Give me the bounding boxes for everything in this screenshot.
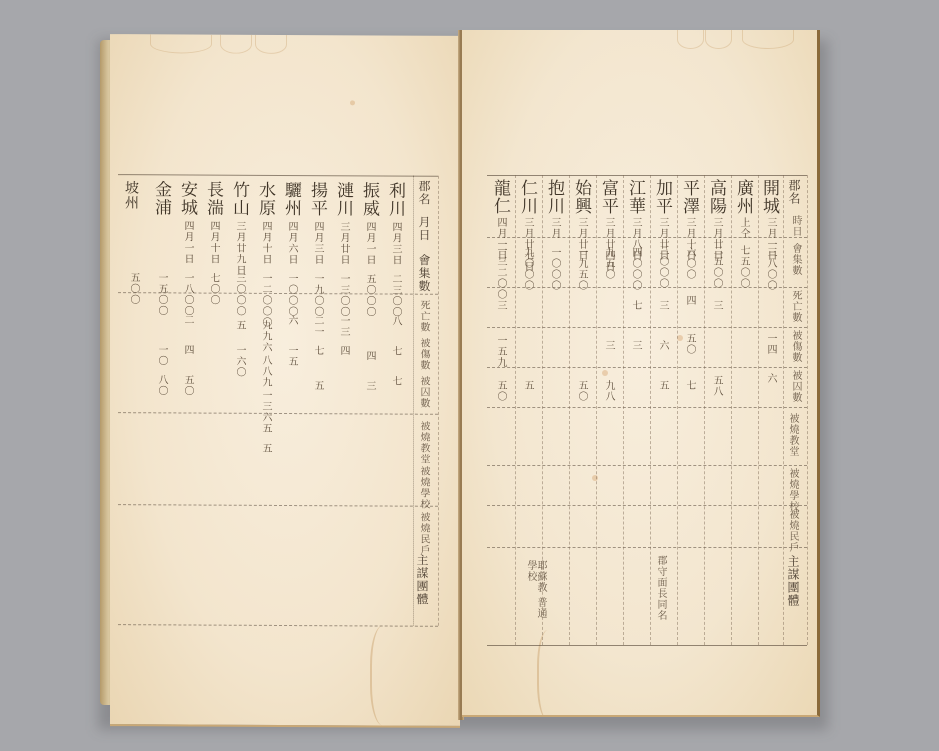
date: 四月六日	[286, 221, 296, 265]
date: 四月十日	[208, 221, 218, 265]
water-stain	[677, 30, 704, 49]
district-name: 振威	[360, 181, 377, 217]
captured-count: 九八	[603, 380, 613, 402]
district-name: 龍仁	[491, 179, 508, 215]
captured-count: 五〇	[182, 374, 192, 396]
water-stain	[370, 625, 402, 725]
date: 四月三日	[312, 221, 322, 265]
assembly-count: 三八〇〇	[765, 247, 775, 291]
dead-count: 三	[657, 300, 667, 311]
assembly-count: 一〇〇〇	[549, 247, 559, 291]
organizer-note: 郡守面長同名	[655, 555, 665, 621]
district-name: 長湍	[204, 181, 221, 217]
wounded-count: 一〇	[156, 344, 166, 366]
water-stain	[150, 34, 212, 53]
district-name: 金浦	[152, 180, 169, 216]
dead-count: 五	[234, 320, 244, 331]
district-name: 坡州	[124, 180, 138, 210]
assembly-count: 六〇〇	[684, 247, 694, 280]
wounded-count: 四	[338, 345, 348, 356]
right-page: 郡名 時日 會集數 死亡數 被傷數 被囚數 被燒教堂 被燒學校 被燒民戶 主謀團…	[462, 30, 820, 717]
header-captured: 被囚數	[790, 370, 800, 403]
header-dead: 死亡數	[418, 300, 428, 333]
assembly-count: 一九〇〇	[312, 273, 322, 317]
dead-count: 七	[630, 300, 640, 311]
dead-count: 九九六	[260, 320, 270, 353]
dead-count: 一三	[338, 315, 348, 337]
header-burned-church: 被燒教堂	[418, 421, 428, 465]
header-dead: 死亡數	[790, 290, 800, 323]
district-name: 高陽	[707, 179, 724, 215]
right-table: 郡名 時日 會集數 死亡數 被傷數 被囚數 被燒教堂 被燒學校 被燒民戶 主謀團…	[487, 175, 807, 645]
captured-count: 五	[657, 380, 667, 391]
captured-count: 一三六五	[260, 390, 270, 434]
captured-count: 八〇	[156, 374, 166, 396]
water-stain	[705, 30, 732, 49]
assembly-count: 一九五〇	[576, 247, 586, 291]
wounded-count: 八八九	[260, 355, 270, 388]
wounded-count: 一五	[286, 345, 296, 367]
captured-count: 五	[522, 380, 532, 391]
captured-count: 七	[684, 380, 694, 391]
organizer-note: 耶蘇教 普通學校	[517, 560, 545, 630]
district-name: 仁川	[518, 179, 535, 215]
district-name: 江華	[626, 179, 643, 215]
dead-count: 三	[711, 300, 721, 311]
wounded-count: 四	[364, 350, 374, 361]
captured-count: 五八	[711, 375, 721, 397]
header-burned-school: 被燒學校	[787, 468, 797, 512]
header-organizing-group: 主謀團體	[416, 554, 428, 606]
header-burned-church: 被燒教堂	[787, 413, 797, 457]
header-date: 時日	[790, 215, 800, 237]
district-name: 加平	[653, 179, 670, 215]
foxing-spot	[350, 100, 355, 105]
district-name: 揚平	[308, 181, 325, 217]
wounded-count: 五〇	[684, 333, 694, 355]
district-name: 開城	[760, 179, 777, 215]
header-assembly: 會集數	[418, 254, 430, 293]
captured-count: 三	[364, 380, 374, 391]
wounded-count: 一六〇	[234, 345, 244, 378]
wounded-count: 三	[603, 340, 613, 351]
water-stain	[220, 35, 252, 54]
assembly-count: 二五〇〇	[711, 245, 721, 289]
district-name: 水原	[256, 181, 273, 217]
assembly-count: 七〇〇	[208, 273, 218, 306]
district-name: 抱川	[545, 179, 562, 215]
district-name: 安城	[178, 180, 195, 216]
date: 四月三日	[390, 222, 400, 266]
wounded-count: 一四	[765, 333, 775, 355]
district-name: 竹山	[230, 181, 247, 217]
dead-count: 四	[684, 295, 694, 306]
district-name: 平澤	[680, 179, 697, 215]
water-stain	[742, 30, 794, 49]
captured-count: 五〇	[576, 380, 586, 402]
captured-count: 七	[390, 376, 400, 387]
open-ledger-book: 郡名 月日 會集數 死亡數 被傷數 被囚數 被燒教堂 被燒學校 被燒民戶 主謀團…	[100, 30, 822, 720]
district-name: 漣川	[334, 181, 351, 217]
assembly-count: 五〇〇〇	[364, 273, 374, 317]
captured-count: 五〇	[495, 380, 505, 402]
date: 上仝	[738, 217, 748, 239]
assembly-count: 三〇〇〇	[234, 273, 244, 317]
assembly-count: 二三〇〇	[390, 274, 400, 318]
captured-count: 五	[312, 380, 322, 391]
district-name: 驪州	[282, 181, 299, 217]
date: 三月廿九日	[234, 221, 244, 276]
district-name: 廣州	[734, 179, 751, 215]
header-date: 月日	[418, 216, 430, 242]
left-page: 郡名 月日 會集數 死亡數 被傷數 被囚數 被燒教堂 被燒學校 被燒民戶 主謀團…	[110, 34, 460, 728]
assembly-count: 一三二〇〇	[495, 245, 505, 300]
wounded-count: 一五九	[495, 335, 505, 368]
water-stain	[255, 35, 287, 54]
left-table: 郡名 月日 會集數 死亡數 被傷數 被囚數 被燒教堂 被燒學校 被燒民戶 主謀團…	[118, 174, 438, 626]
district-name: 富平	[599, 179, 616, 215]
header-assembly: 會集數	[790, 243, 800, 276]
district-name: 始興	[572, 179, 589, 215]
assembly-count: 一五〇〇	[156, 272, 166, 316]
date: 三月廿日	[338, 221, 348, 265]
dead-count: 六	[286, 315, 296, 326]
header-burned-houses: 被燒民戶	[787, 509, 797, 553]
wounded-count: 七	[312, 345, 322, 356]
wounded-count: 四	[182, 344, 192, 355]
dead-count: 二一	[312, 315, 322, 337]
date: 三月	[549, 217, 559, 239]
wounded-count: 三	[630, 340, 640, 351]
header-burned-school: 被燒學校	[418, 466, 428, 510]
assembly-count: 四〇〇〇	[630, 247, 640, 291]
assembly-count: 九五〇	[603, 247, 613, 280]
dead-count: 八	[390, 316, 400, 327]
assembly-count: 七五〇〇	[738, 245, 748, 289]
header-captured: 被囚數	[418, 376, 428, 409]
assembly-count: 一八〇〇	[182, 272, 192, 316]
wounded-count: 六	[657, 340, 667, 351]
header-district-name: 郡名	[788, 179, 800, 205]
dead-count: 三	[495, 300, 505, 311]
assembly-count: 三〇〇〇	[657, 245, 667, 289]
header-wounded: 被傷數	[418, 338, 428, 371]
date: 四月一日	[182, 220, 192, 264]
extra-count: 五	[260, 443, 270, 454]
district-name: 利川	[386, 182, 403, 218]
date: 四月一日	[364, 221, 374, 265]
dead-count: 二	[182, 314, 192, 325]
date: 四月十日	[260, 221, 270, 265]
assembly-count: 九〇〇〇	[522, 247, 532, 291]
assembly-count: 一〇〇〇	[286, 273, 296, 317]
header-wounded: 被傷數	[790, 330, 800, 363]
assembly-count: 五〇〇	[128, 272, 138, 305]
captured-count: 六	[765, 373, 775, 384]
header-district-name: 郡名	[418, 180, 430, 206]
assembly-count: 一三〇〇	[338, 273, 348, 317]
wounded-count: 七	[390, 346, 400, 357]
header-burned-houses: 被燒民戶	[418, 512, 428, 556]
header-organizing-group: 主謀團體	[787, 555, 799, 607]
